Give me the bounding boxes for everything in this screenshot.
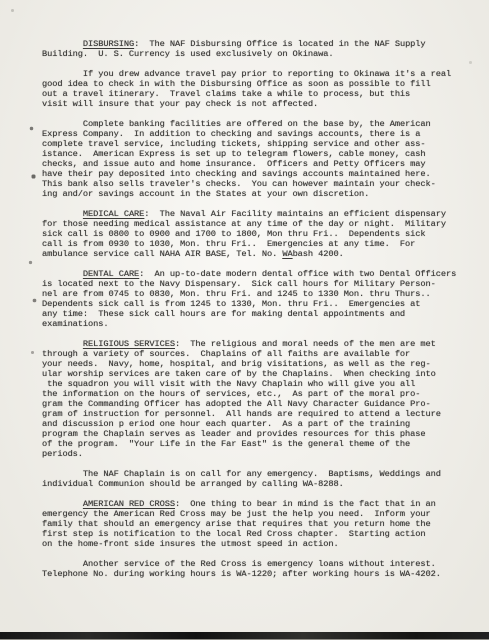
section-heading: DENTAL CARE (83, 269, 139, 279)
scanned-document-page: DISBURSING: The NAF Disbursing Office is… (0, 0, 489, 640)
scan-bottom-edge (0, 632, 489, 639)
paragraph: RELIGIOUS SERVICES: The religious and mo… (42, 339, 476, 459)
paragraph-text: If you drew advance travel pay prior to … (42, 69, 451, 109)
paragraph-text (42, 269, 83, 279)
paragraph: Complete banking facilities are offered … (42, 119, 476, 199)
paragraph-text: bash 4200. (293, 249, 344, 259)
paragraph-text (42, 209, 83, 219)
section-heading: RELIGIOUS SERVICES (83, 339, 175, 349)
document-body: DISBURSING: The NAF Disbursing Office is… (42, 39, 476, 589)
paragraph-text: Complete banking facilities are offered … (42, 119, 436, 199)
paragraph: AMERICAN RED CROSS: One thing to bear in… (42, 499, 476, 549)
section-heading: WA (282, 249, 292, 259)
paragraph: The NAF Chaplain is on call for any emer… (42, 469, 476, 489)
section-heading: DISBURSING (83, 39, 134, 49)
paragraph: MEDICAL CARE: The Naval Air Facility mai… (42, 209, 476, 259)
paragraph: If you drew advance travel pay prior to … (42, 69, 476, 109)
paragraph-text (42, 499, 83, 509)
section-heading: AMERICAN RED CROSS (83, 499, 175, 509)
paragraph: DISBURSING: The NAF Disbursing Office is… (42, 39, 476, 59)
paragraph-text: Another service of the Red Cross is emer… (42, 559, 441, 579)
paragraph-text (42, 339, 83, 349)
paragraph: DENTAL CARE: An up-to-date modern dental… (42, 269, 476, 329)
scan-speckles (0, 0, 1, 1)
paragraph-text: The NAF Chaplain is on call for any emer… (42, 469, 441, 489)
paragraph-text: : The religious and moral needs of the m… (42, 339, 441, 459)
paragraph-text (42, 39, 83, 49)
section-heading: MEDICAL CARE (83, 209, 144, 219)
paragraph: Another service of the Red Cross is emer… (42, 559, 476, 579)
